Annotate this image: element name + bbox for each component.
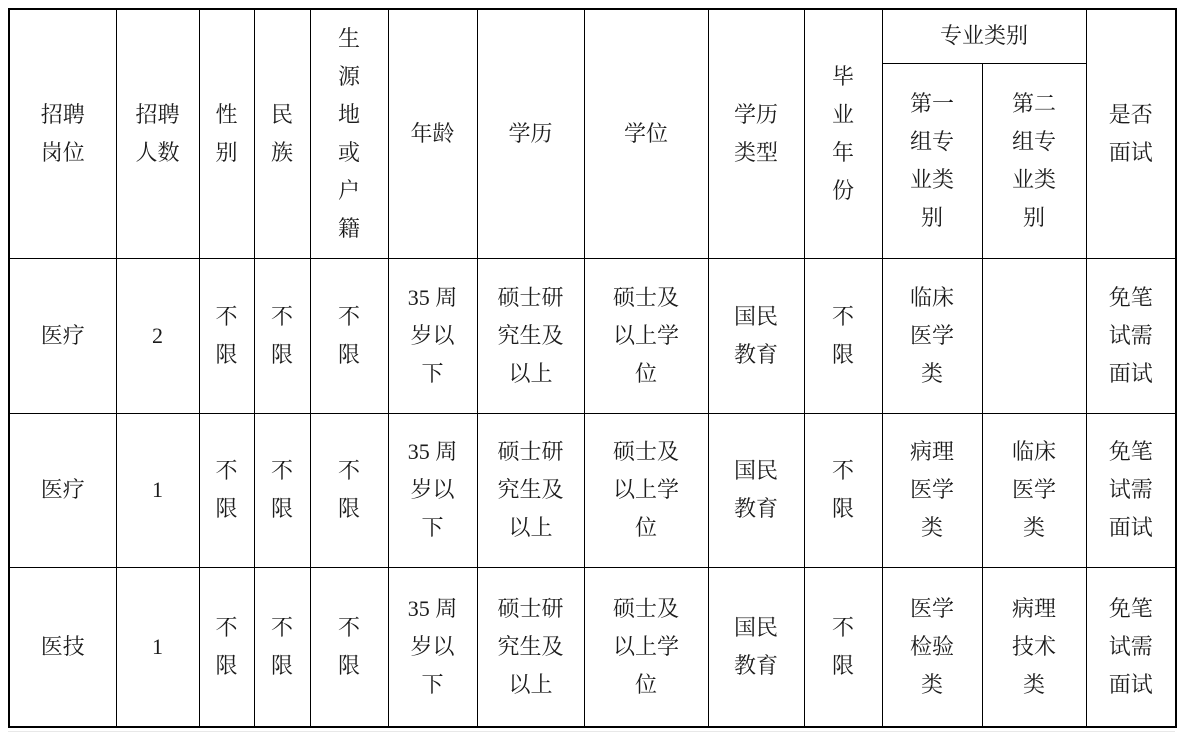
table-row: 医技 1 不 限 不 限 不 限 35 周 岁以 下 硕士研 究生及 以上 硕士… — [9, 567, 1176, 727]
cell-education-type: 国民 教育 — [708, 567, 804, 727]
cell-headcount: 1 — [116, 413, 199, 567]
header-major-group-1: 第一 组专 业类 别 — [882, 63, 982, 258]
cell-origin: 不 限 — [310, 567, 388, 727]
header-age: 年龄 — [388, 9, 477, 258]
header-headcount: 招聘 人数 — [116, 9, 199, 258]
cell-major-group-2 — [982, 258, 1086, 413]
cell-ethnicity: 不 限 — [254, 413, 310, 567]
header-major-category-group: 专业类别 — [882, 9, 1086, 63]
cell-position: 医技 — [9, 567, 116, 727]
cell-education: 硕士研 究生及 以上 — [477, 258, 584, 413]
header-gender: 性 别 — [199, 9, 254, 258]
cell-headcount: 2 — [116, 258, 199, 413]
cell-major-group-2: 病理 技术 类 — [982, 567, 1086, 727]
cell-position: 医疗 — [9, 258, 116, 413]
cell-ethnicity: 不 限 — [254, 567, 310, 727]
header-major-group-2: 第二 组专 业类 别 — [982, 63, 1086, 258]
header-origin: 生 源 地 或 户 籍 — [310, 9, 388, 258]
cell-education-type: 国民 教育 — [708, 258, 804, 413]
table-row: 医疗 2 不 限 不 限 不 限 35 周 岁以 下 硕士研 究生及 以上 硕士… — [9, 258, 1176, 413]
cell-interview: 免笔 试需 面试 — [1086, 413, 1176, 567]
cell-headcount: 1 — [116, 567, 199, 727]
recruitment-requirements-table: 招聘 岗位 招聘 人数 性 别 民 族 生 源 地 或 户 籍 年龄 学历 学位… — [8, 8, 1177, 728]
cell-interview: 免笔 试需 面试 — [1086, 567, 1176, 727]
cell-graduation-year: 不 限 — [804, 258, 882, 413]
cell-position: 医疗 — [9, 413, 116, 567]
cell-gender: 不 限 — [199, 567, 254, 727]
cell-interview: 免笔 试需 面试 — [1086, 258, 1176, 413]
cell-graduation-year: 不 限 — [804, 567, 882, 727]
cell-gender: 不 限 — [199, 258, 254, 413]
cell-education: 硕士研 究生及 以上 — [477, 413, 584, 567]
cell-degree: 硕士及 以上学 位 — [584, 413, 708, 567]
header-position: 招聘 岗位 — [9, 9, 116, 258]
header-education-type: 学历 类型 — [708, 9, 804, 258]
cell-origin: 不 限 — [310, 258, 388, 413]
header-interview: 是否 面试 — [1086, 9, 1176, 258]
cell-age: 35 周 岁以 下 — [388, 567, 477, 727]
cell-origin: 不 限 — [310, 413, 388, 567]
header-graduation-year: 毕 业 年 份 — [804, 9, 882, 258]
cell-major-group-1: 病理 医学 类 — [882, 413, 982, 567]
header-degree: 学位 — [584, 9, 708, 258]
cell-major-group-2: 临床 医学 类 — [982, 413, 1086, 567]
cell-graduation-year: 不 限 — [804, 413, 882, 567]
cell-degree: 硕士及 以上学 位 — [584, 258, 708, 413]
header-ethnicity: 民 族 — [254, 9, 310, 258]
cell-major-group-1: 临床 医学 类 — [882, 258, 982, 413]
cell-degree: 硕士及 以上学 位 — [584, 567, 708, 727]
document-page: 招聘 岗位 招聘 人数 性 别 民 族 生 源 地 或 户 籍 年龄 学历 学位… — [0, 0, 1184, 734]
cell-major-group-1: 医学 检验 类 — [882, 567, 982, 727]
cell-gender: 不 限 — [199, 413, 254, 567]
header-education: 学历 — [477, 9, 584, 258]
cell-education: 硕士研 究生及 以上 — [477, 567, 584, 727]
cell-education-type: 国民 教育 — [708, 413, 804, 567]
cell-age: 35 周 岁以 下 — [388, 258, 477, 413]
header-row-top: 招聘 岗位 招聘 人数 性 别 民 族 生 源 地 或 户 籍 年龄 学历 学位… — [9, 9, 1176, 63]
table-row: 医疗 1 不 限 不 限 不 限 35 周 岁以 下 硕士研 究生及 以上 硕士… — [9, 413, 1176, 567]
cropped-next-row-edge — [8, 731, 1175, 732]
cell-ethnicity: 不 限 — [254, 258, 310, 413]
cell-age: 35 周 岁以 下 — [388, 413, 477, 567]
